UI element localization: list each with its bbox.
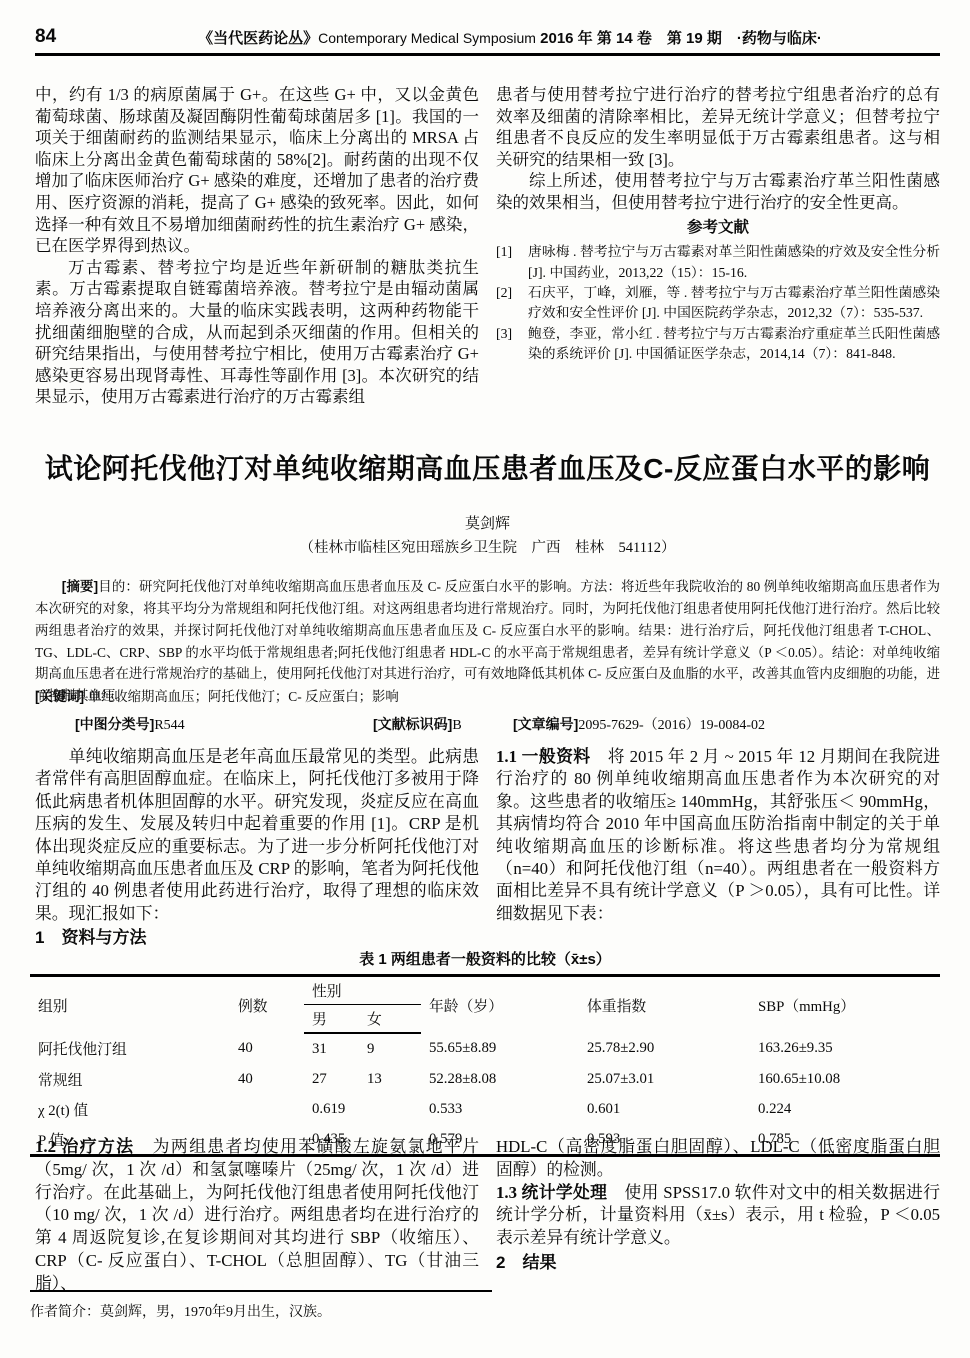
- body-lower-section: 1.2 治疗方法 为两组患者均使用苯磺酸左旋氨氯地平片（5mg/ 次，1 次 /…: [35, 1136, 940, 1296]
- clc-value: R544: [154, 718, 184, 733]
- journal-page: 84 《当代医药论丛》Contemporary Medical Symposiu…: [0, 0, 970, 1358]
- cell-group: 阿托伐他汀组: [30, 1033, 230, 1064]
- section-1-2-continuation: HDL-C（高密度脂蛋白胆固醇）、LDL-C（低密度脂蛋白胆固醇）的检测。: [496, 1136, 940, 1182]
- cell-bmi: 25.78±2.90: [579, 1033, 750, 1064]
- prev-paragraph: 综上所述，使用替考拉宁与万古霉素治疗革兰阳性菌感染的效果相当，但使用替考拉宁进行…: [496, 170, 940, 213]
- keywords-label: [关键词]: [35, 689, 84, 704]
- prev-left-column: 中，约有 1/3 的病原菌属于 G+。在这些 G+ 中，又以金黄色葡萄球菌、肠球…: [35, 84, 479, 408]
- cell-n: 40: [230, 1033, 304, 1064]
- article-no-item: [文章编号]2095-7629-（2016）19-0084-02: [513, 714, 765, 734]
- reference-number: [1]: [496, 242, 528, 283]
- cell-age: 55.65±8.89: [421, 1033, 579, 1064]
- clc-item: [中图分类号]R544: [75, 714, 185, 734]
- reference-text: 石庆平，丁峰，刘雁，等 . 替考拉宁与万古霉素治疗革兰阳性菌感染疗效和安全性评价…: [528, 283, 940, 324]
- cell-male: 31: [304, 1033, 359, 1064]
- body-upper-section: 单纯收缩期高血压是老年高血压最常见的类型。此病患者常伴有高胆固醇血症。在临床上，…: [35, 746, 940, 950]
- intro-paragraph: 单纯收缩期高血压是老年高血压最常见的类型。此病患者常伴有高胆固醇血症。在临床上，…: [35, 746, 479, 925]
- cell-n: 40: [230, 1064, 304, 1094]
- page-header: 84 《当代医药论丛》Contemporary Medical Symposiu…: [35, 26, 940, 56]
- journal-header-line: 《当代医药论丛》Contemporary Medical Symposium 2…: [125, 27, 895, 48]
- section-1-2-text: 为两组患者均使用苯磺酸左旋氨氯地平片（5mg/ 次，1 次 /d）和氢氯噻嗪片（…: [35, 1137, 479, 1293]
- article-affiliation: （桂林市临桂区宛田瑶族乡卫生院 广西 桂林 541112）: [35, 536, 940, 557]
- journal-column: ·药物与临床·: [737, 30, 822, 47]
- reference-number: [3]: [496, 324, 528, 365]
- col-header-gender: 性别: [304, 976, 421, 1005]
- cell-sbp: 0.224: [750, 1094, 940, 1124]
- article-no-label: [文章编号]: [513, 716, 578, 732]
- body-right-column: 1.1 一般资料 将 2015 年 2 月 ~ 2015 年 12 月期间在我院…: [496, 746, 940, 950]
- prev-paragraph: 患者与使用替考拉宁进行治疗的替考拉宁组患者治疗的总有效率及细菌的清除率相比，差异…: [496, 84, 940, 170]
- cell-female: 9: [359, 1033, 421, 1064]
- article-author: 莫剑辉: [35, 512, 940, 533]
- keywords-line: [关键词] 单纯收缩期高血压；阿托伐他汀；C- 反应蛋白；影响: [35, 686, 940, 705]
- table-row: 阿托伐他汀组 40 31 9 55.65±8.89 25.78±2.90 163…: [30, 1033, 940, 1064]
- table-1: 组别 例数 性别 年龄（岁） 体重指数 SBP（mmHg） 男 女 阿托伐他汀组…: [30, 974, 940, 1157]
- journal-issue: 2016 年 第 14 卷 第 19 期: [540, 30, 722, 47]
- journal-title-cn: 《当代医药论丛》: [198, 30, 318, 47]
- reference-number: [2]: [496, 283, 528, 324]
- col-header-bmi: 体重指数: [579, 976, 750, 1034]
- reference-text: 唐咏梅 . 替考拉宁与万古霉素对革兰阳性菌感染的疗效及安全性分析 [J]. 中国…: [528, 242, 940, 283]
- section-1-2: 1.2 治疗方法 为两组患者均使用苯磺酸左旋氨氯地平片（5mg/ 次，1 次 /…: [35, 1136, 479, 1296]
- col-header-sbp: SBP（mmHg）: [750, 976, 940, 1034]
- keywords-text: 单纯收缩期高血压；阿托伐他汀；C- 反应蛋白；影响: [87, 689, 398, 704]
- previous-article-section: 中，约有 1/3 的病原菌属于 G+。在这些 G+ 中，又以金黄色葡萄球菌、肠球…: [35, 84, 940, 408]
- cell-bmi: 0.601: [579, 1094, 750, 1124]
- section-2-heading: 2 结果: [496, 1252, 940, 1275]
- author-bio-footnote: 作者简介：莫剑辉，男，1970年9月出生，汉族。: [30, 1290, 492, 1321]
- table-row: 常规组 40 27 13 52.28±8.08 25.07±3.01 160.6…: [30, 1064, 940, 1094]
- cell-female: 13: [359, 1064, 421, 1094]
- table-header-row-1: 组别 例数 性别 年龄（岁） 体重指数 SBP（mmHg）: [30, 976, 940, 1005]
- col-header-age: 年龄（岁）: [421, 976, 579, 1034]
- col-header-female: 女: [359, 1005, 421, 1034]
- col-header-group: 组别: [30, 976, 230, 1034]
- prev-right-column: 患者与使用替考拉宁进行治疗的替考拉宁组患者治疗的总有效率及细菌的清除率相比，差异…: [496, 84, 940, 408]
- article-title: 试论阿托伐他汀对单纯收缩期高血压患者血压及C-反应蛋白水平的影响: [35, 447, 940, 487]
- doc-code-label: [文献标识码]: [373, 716, 452, 732]
- doc-code-value: B: [452, 718, 461, 733]
- cell-sbp: 160.65±10.08: [750, 1064, 940, 1094]
- section-1-3: 1.3 统计学处理 使用 SPSS17.0 软件对文中的相关数据进行统计学分析，…: [496, 1182, 940, 1250]
- section-1-1-text: 将 2015 年 2 月 ~ 2015 年 12 月期间在我院进行治疗的 80 …: [496, 747, 940, 923]
- body-right-column: HDL-C（高密度脂蛋白胆固醇）、LDL-C（低密度脂蛋白胆固醇）的检测。 1.…: [496, 1136, 940, 1296]
- cell-n: [230, 1094, 304, 1124]
- cell-male: 0.619: [304, 1094, 359, 1124]
- abstract-label: [摘要]: [62, 579, 98, 594]
- table-1-caption: 表 1 两组患者一般资料的比较（x̄±s）: [30, 948, 940, 969]
- cell-group: χ 2(t) 值: [30, 1094, 230, 1124]
- cell-bmi: 25.07±3.01: [579, 1064, 750, 1094]
- article-no-value: 2095-7629-（2016）19-0084-02: [578, 718, 765, 733]
- table-1-block: 表 1 两组患者一般资料的比较（x̄±s） 组别 例数 性别 年龄（岁） 体重指…: [30, 948, 940, 1157]
- journal-title-en: Contemporary Medical Symposium: [318, 30, 536, 46]
- section-1-heading: 1 资料与方法: [35, 927, 479, 949]
- cell-male: 27: [304, 1064, 359, 1094]
- cell-sbp: 163.26±9.35: [750, 1033, 940, 1064]
- section-1-1-label: 1.1 一般资料: [496, 747, 591, 766]
- page-number: 84: [35, 26, 125, 48]
- cell-age: 52.28±8.08: [421, 1064, 579, 1094]
- body-left-column: 1.2 治疗方法 为两组患者均使用苯磺酸左旋氨氯地平片（5mg/ 次，1 次 /…: [35, 1136, 479, 1296]
- reference-item: [1] 唐咏梅 . 替考拉宁与万古霉素对革兰阳性菌感染的疗效及安全性分析 [J]…: [496, 242, 940, 283]
- classification-line: [中图分类号]R544 [文献标识码]B [文章编号]2095-7629-（20…: [35, 714, 940, 734]
- reference-item: [3] 鲍登，李亚，常小红 . 替考拉宁与万古霉素治疗重症革兰氏阳性菌感染的系统…: [496, 324, 940, 365]
- col-header-male: 男: [304, 1005, 359, 1034]
- cell-female: [359, 1094, 421, 1124]
- doc-code-item: [文献标识码]B: [373, 714, 462, 734]
- prev-paragraph: 中，约有 1/3 的病原菌属于 G+。在这些 G+ 中，又以金黄色葡萄球菌、肠球…: [35, 84, 479, 257]
- references-heading: 参考文献: [496, 217, 940, 239]
- abstract-text: 目的：研究阿托伐他汀对单纯收缩期高血压患者血压及 C- 反应蛋白水平的影响。方法…: [35, 579, 940, 703]
- reference-item: [2] 石庆平，丁峰，刘雁，等 . 替考拉宁与万古霉素治疗革兰阳性菌感染疗效和安…: [496, 283, 940, 324]
- cell-age: 0.533: [421, 1094, 579, 1124]
- cell-group: 常规组: [30, 1064, 230, 1094]
- col-header-n: 例数: [230, 976, 304, 1034]
- section-1-1: 1.1 一般资料 将 2015 年 2 月 ~ 2015 年 12 月期间在我院…: [496, 746, 940, 925]
- section-1-2-label: 1.2 治疗方法: [35, 1137, 134, 1156]
- clc-label: [中图分类号]: [75, 716, 154, 732]
- table-row: χ 2(t) 值 0.619 0.533 0.601 0.224: [30, 1094, 940, 1124]
- section-1-3-label: 1.3 统计学处理: [496, 1183, 607, 1202]
- prev-paragraph: 万古霉素、替考拉宁均是近些年新研制的糖肽类抗生素。万古霉素提取自链霉菌培养液。替…: [35, 257, 479, 408]
- body-left-column: 单纯收缩期高血压是老年高血压最常见的类型。此病患者常伴有高胆固醇血症。在临床上，…: [35, 746, 479, 950]
- reference-text: 鲍登，李亚，常小红 . 替考拉宁与万古霉素治疗重症革兰氏阳性菌感染的系统评价 […: [528, 324, 940, 365]
